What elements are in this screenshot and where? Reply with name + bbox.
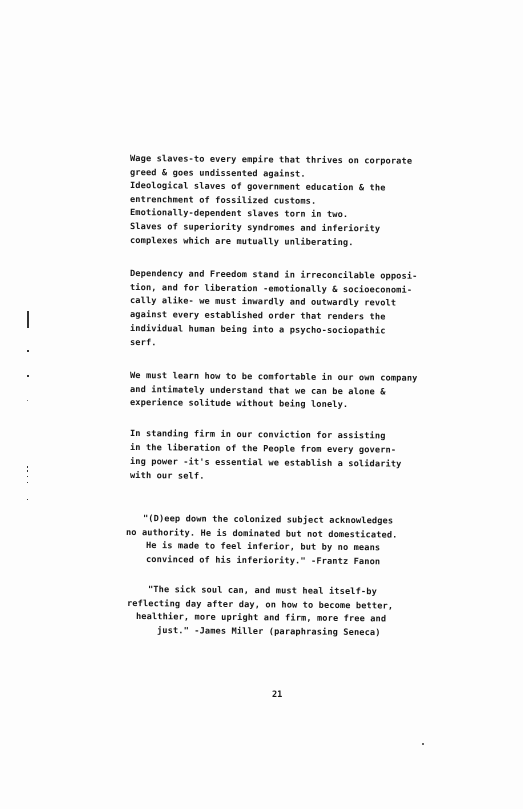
quote-line: "The sick soul can, and must heal itself… xyxy=(148,585,377,598)
quote-line: He is made to feel inferior, but by no m… xyxy=(146,541,380,554)
margin-mark xyxy=(27,482,28,483)
paragraph-line: greed & goes undissented against. xyxy=(130,168,306,181)
margin-mark xyxy=(27,470,28,472)
paragraph-line: Emotionally-dependent slaves torn in two… xyxy=(130,208,348,221)
paragraph-line: with our self. xyxy=(130,471,205,483)
margin-mark xyxy=(27,466,28,468)
paragraph-line: experience solitude without being lonely… xyxy=(130,398,348,411)
quote-line: no authority. He is dominated but not do… xyxy=(126,528,398,542)
paragraph-line: entrenchment of fossilized customs. xyxy=(130,195,316,208)
margin-mark xyxy=(27,311,29,328)
paragraph-line: and intimately understand that we can be… xyxy=(130,385,386,398)
margin-mark xyxy=(27,499,28,500)
paragraph-line: in the liberation of the People from eve… xyxy=(130,443,396,457)
paragraph-line: In standing firm in our conviction for a… xyxy=(130,429,386,442)
scanned-page: Wage slaves-to every empire that thrives… xyxy=(0,0,523,809)
quote-line: reflecting day after day, on how to beco… xyxy=(127,599,393,613)
margin-mark xyxy=(27,350,29,352)
paragraph-line: individual human being into a psycho-soc… xyxy=(130,324,386,337)
margin-mark xyxy=(27,400,28,401)
quote-line: just." -James Miller (paraphrasing Senec… xyxy=(157,626,381,639)
paragraph-line: We must learn how to be comfortable in o… xyxy=(130,371,418,385)
paragraph-line: serf. xyxy=(130,338,157,349)
quote-line: "(D)eep down the colonized subject ackno… xyxy=(143,514,393,527)
paragraph-line: Wage slaves-to every empire that thrives… xyxy=(130,154,412,168)
paragraph-line: Slaves of superiority syndromes and infe… xyxy=(130,222,380,235)
margin-mark xyxy=(422,743,424,745)
paragraph-line: tion, and for liberation -emotionally & … xyxy=(130,283,412,297)
paragraph-line: Ideological slaves of government educati… xyxy=(130,181,386,194)
margin-mark xyxy=(27,375,29,377)
paragraph-line: against every established order that ren… xyxy=(130,310,386,323)
paragraph-line: cally alike- we must inwardly and outwar… xyxy=(130,296,396,310)
paragraph-line: ing power -it's essential we establish a… xyxy=(130,457,402,471)
quote-line: healthier, more upright and firm, more f… xyxy=(136,612,386,625)
margin-mark xyxy=(27,476,28,477)
quote-line: convinced of his inferiority." -Frantz F… xyxy=(146,555,380,568)
paragraph-line: complexes which are mutually unliberatin… xyxy=(130,236,354,249)
paragraph-line: Dependency and Freedom stand in irreconc… xyxy=(130,269,418,283)
page-number: 21 xyxy=(272,690,282,700)
